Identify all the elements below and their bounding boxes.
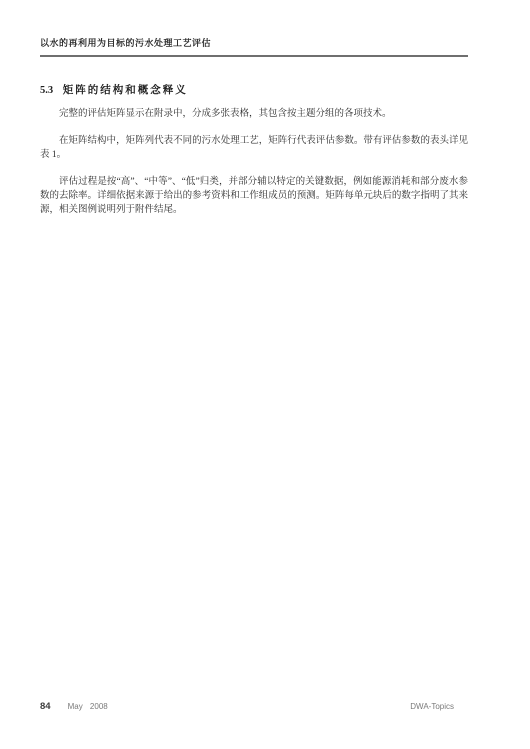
body-paragraph: 评估过程是按“高”、“中等”、“低”归类，并部分辅以特定的关键数据，例如能源消耗… bbox=[40, 175, 468, 217]
body-paragraph: 在矩阵结构中，矩阵列代表不同的污水处理工艺，矩阵行代表评估参数。带有评估参数的表… bbox=[40, 134, 468, 162]
footer-left: 84 May 2008 bbox=[40, 701, 108, 712]
section-heading: 5.3 矩阵的结构和概念释义 bbox=[40, 84, 468, 97]
publication-name: DWA-Topics bbox=[410, 702, 454, 711]
page-content: 以水的再利用为目标的污水处理工艺评估 5.3 矩阵的结构和概念释义 完整的评估矩… bbox=[40, 33, 468, 217]
section-number: 5.3 bbox=[40, 85, 53, 96]
publication-date: May 2008 bbox=[68, 702, 108, 711]
document-page: 以水的再利用为目标的污水处理工艺评估 5.3 矩阵的结构和概念释义 完整的评估矩… bbox=[0, 0, 530, 749]
page-number: 84 bbox=[40, 701, 51, 712]
running-header: 以水的再利用为目标的污水处理工艺评估 bbox=[40, 33, 468, 57]
page-footer: 84 May 2008 DWA-Topics bbox=[40, 701, 468, 712]
body-paragraph: 完整的评估矩阵显示在附录中，分成多张表格，其包含按主题分组的各项技术。 bbox=[40, 107, 468, 121]
section-title: 矩阵的结构和概念释义 bbox=[63, 85, 188, 96]
running-header-title: 以水的再利用为目标的污水处理工艺评估 bbox=[40, 38, 211, 48]
